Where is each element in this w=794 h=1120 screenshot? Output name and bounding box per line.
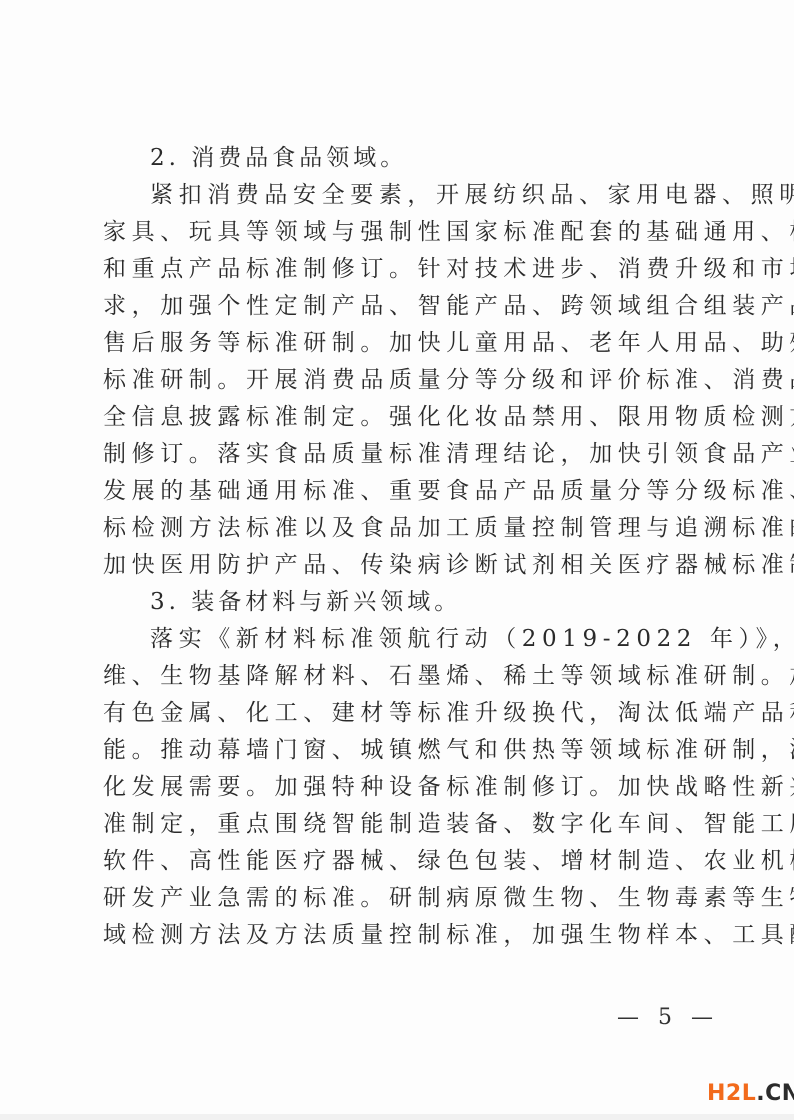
paragraph-line: 全信息披露标准制定。强化化妆品禁用、限用物质检测方法标准 xyxy=(103,399,709,436)
paragraph-line: 维、生物基降解材料、石墨烯、稀土等领域标准研制。加快钢铁、 xyxy=(103,658,709,695)
paragraph-line: 求，加强个性定制产品、智能产品、跨领域组合组装产品、产品 xyxy=(103,288,709,325)
paragraph-line: 落实《新材料标准领航行动（2019-2022 年）》，重点推进碳纤 xyxy=(150,621,709,658)
paragraph-line: 家具、玩具等领域与强制性国家标准配套的基础通用、检测方法 xyxy=(103,214,709,251)
document-page: 2. 消费品食品领域。 紧扣消费品安全要素，开展纺织品、家用电器、照明电器、 家… xyxy=(0,0,794,1120)
paragraph-line: 研发产业急需的标准。研制病原微生物、生物毒素等生物安全领 xyxy=(103,880,709,917)
page-number: — 5 — xyxy=(617,1003,719,1033)
paragraph-line: 发展的基础通用标准、重要食品产品质量分等分级标准、质量指 xyxy=(103,473,709,510)
section-heading-consumer-goods: 2. 消费品食品领域。 xyxy=(150,140,709,177)
paragraph-line: 制修订。落实食品质量标准清理结论，加快引领食品产业高质量 xyxy=(103,436,709,473)
paragraph-line: 软件、高性能医疗器械、绿色包装、增材制造、农业机械等领域 xyxy=(103,843,709,880)
logo-part-h2l: H2L xyxy=(707,1081,756,1106)
paragraph-line: 售后服务等标准研制。加快儿童用品、老年人用品、助残用品等 xyxy=(103,325,709,362)
paragraph-line: 域检测方法及方法质量控制标准，加强生物样本、工具酶、生物 xyxy=(103,917,709,954)
section-heading-equipment-materials: 3. 装备材料与新兴领域。 xyxy=(150,584,709,621)
watermark-logo: H2L.CN xyxy=(707,1082,794,1106)
paragraph-line: 和重点产品标准制修订。针对技术进步、消费升级和市场细分需 xyxy=(103,251,709,288)
paragraph-line: 紧扣消费品安全要素，开展纺织品、家用电器、照明电器、 xyxy=(150,177,709,214)
paragraph-line: 化发展需要。加强特种设备标准制修订。加快战略性新兴产业标 xyxy=(103,769,709,806)
paragraph-line: 标检测方法标准以及食品加工质量控制管理与追溯标准的制定。 xyxy=(103,510,709,547)
bottom-divider xyxy=(0,1114,794,1120)
paragraph-line: 有色金属、化工、建材等标准升级换代，淘汰低端产品和落后产 xyxy=(103,695,709,732)
paragraph-line: 加快医用防护产品、传染病诊断试剂相关医疗器械标准制修订。 xyxy=(103,547,709,584)
paragraph-line: 标准研制。开展消费品质量分等分级和评价标准、消费品质量安 xyxy=(103,362,709,399)
paragraph-line: 准制定，重点围绕智能制造装备、数字化车间、智能工厂、工业 xyxy=(103,806,709,843)
paragraph-line: 能。推动幕墙门窗、城镇燃气和供热等领域标准研制，满足城镇 xyxy=(103,732,709,769)
logo-part-cn: .CN xyxy=(756,1081,794,1106)
